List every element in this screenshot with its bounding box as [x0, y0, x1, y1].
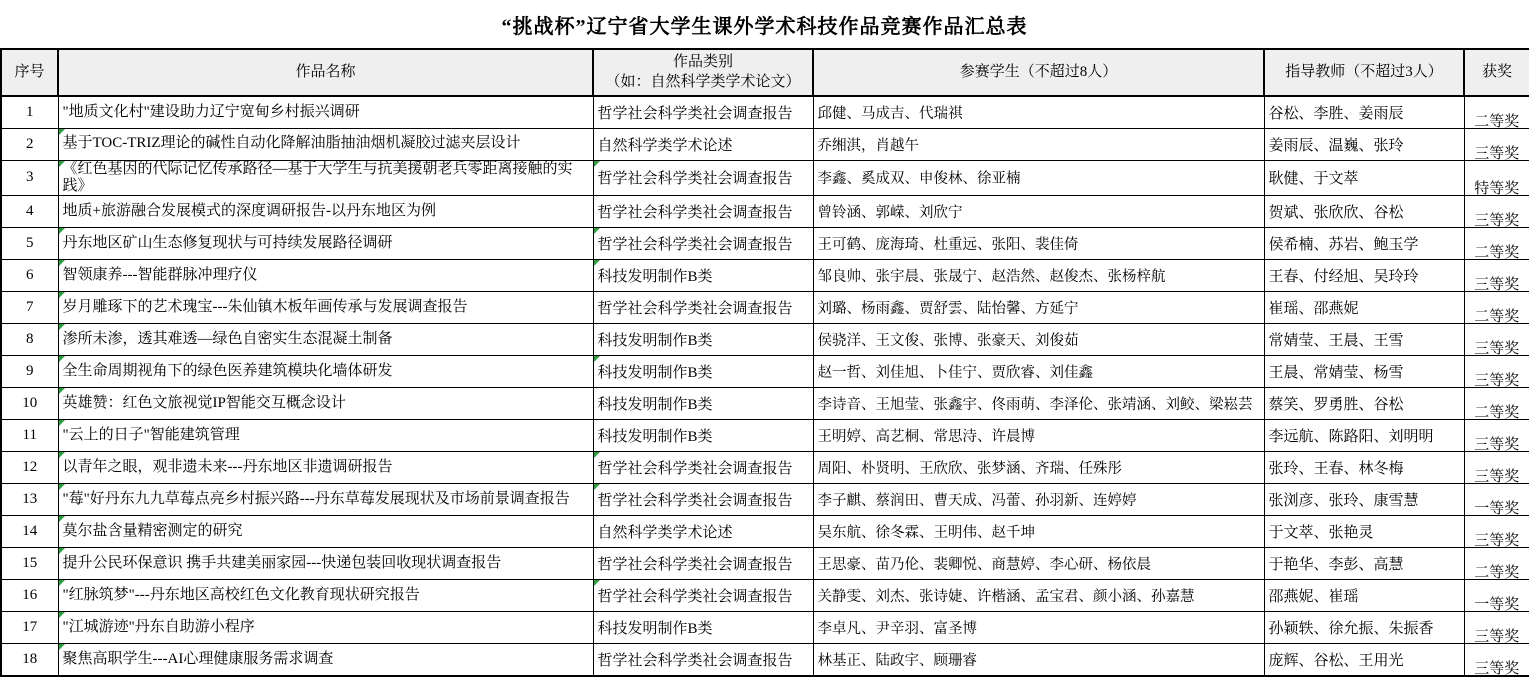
cell-category-text: 哲学社会科学类社会调查报告 [598, 493, 793, 509]
cell-teachers-text: 谷松、李胜、姜雨辰 [1269, 106, 1404, 122]
cell-teachers-text: 崔瑶、邵燕妮 [1269, 301, 1359, 317]
cell-index: 14 [1, 516, 58, 548]
cell-category-text: 哲学社会科学类社会调查报告 [598, 557, 793, 573]
cell-award: 二等奖 [1464, 292, 1529, 324]
cell-title-text: 丹东地区矿山生态修复现状与可持续发展路径调研 [63, 235, 393, 251]
green-flag-icon [59, 356, 65, 362]
cell-teachers: 常婧莹、王晨、王雪 [1264, 324, 1464, 356]
cell-category-text: 科技发明制作B类 [598, 269, 713, 285]
green-flag-icon [59, 260, 65, 266]
cell-index: 13 [1, 484, 58, 516]
cell-students-text: 李子麒、蔡润田、曹天成、冯蕾、孙羽新、连婷婷 [818, 493, 1137, 509]
cell-students: 李卓凡、尹辛羽、富圣博 [813, 612, 1264, 644]
cell-teachers-text: 王春、付经旭、吴玲玲 [1269, 269, 1419, 285]
cell-award: 二等奖 [1464, 548, 1529, 580]
green-flag-icon [594, 161, 600, 167]
cell-category-text: 自然科学类学术论述 [598, 525, 733, 541]
green-flag-icon [59, 388, 65, 394]
cell-teachers-text: 于文萃、张艳灵 [1269, 525, 1374, 541]
cell-index: 2 [1, 128, 58, 160]
cell-teachers-text: 邵燕妮、崔瑶 [1269, 589, 1359, 605]
cell-category: 哲学社会科学类社会调查报告 [593, 196, 813, 228]
cell-title-text: 渗所未渗，透其难透—绿色自密实生态混凝土制备 [63, 331, 393, 347]
table-row: 8渗所未渗，透其难透—绿色自密实生态混凝土制备科技发明制作B类侯骁洋、王文俊、张… [1, 324, 1529, 356]
cell-title: 岁月雕琢下的艺术瑰宝---朱仙镇木板年画传承与发展调查报告 [58, 292, 593, 324]
cell-index-text: 7 [26, 299, 34, 315]
cell-index: 8 [1, 324, 58, 356]
header-index: 序号 [1, 49, 58, 96]
cell-category: 科技发明制作B类 [593, 260, 813, 292]
cell-award: 一等奖 [1464, 580, 1529, 612]
cell-students: 王明婷、高艺桐、常思洔、许晨博 [813, 420, 1264, 452]
cell-index: 16 [1, 580, 58, 612]
cell-students: 曾铃涵、郭嵘、刘欣宁 [813, 196, 1264, 228]
cell-category-text: 哲学社会科学类社会调查报告 [598, 589, 793, 605]
cell-teachers: 李远航、陈路阳、刘明明 [1264, 420, 1464, 452]
cell-students-text: 曾铃涵、郭嵘、刘欣宁 [818, 205, 963, 221]
cell-students: 刘璐、杨雨鑫、贾舒雲、陆怡馨、方延宁 [813, 292, 1264, 324]
cell-title: 基于TOC-TRIZ理论的碱性自动化降解油脂抽油烟机凝胶过滤夹层设计 [58, 128, 593, 160]
cell-category: 哲学社会科学类社会调查报告 [593, 548, 813, 580]
table-row: 12以青年之眼，观非遗未来---丹东地区非遗调研报告哲学社会科学类社会调查报告周… [1, 452, 1529, 484]
cell-students: 邹良帅、张宇晨、张晟宁、赵浩然、赵俊杰、张杨梓航 [813, 260, 1264, 292]
table-row: 3《红色基因的代际记忆传承路径—基于大学生与抗美援朝老兵零距离接触的实践》哲学社… [1, 160, 1529, 196]
cell-index-text: 6 [26, 267, 34, 283]
cell-teachers: 王晨、常婧莹、杨雪 [1264, 356, 1464, 388]
cell-students-text: 林基正、陆政宇、顾珊睿 [818, 653, 978, 669]
cell-award: 一等奖 [1464, 484, 1529, 516]
cell-award: 三等奖 [1464, 260, 1529, 292]
cell-title: "莓"好丹东九九草莓点亮乡村振兴路---丹东草莓发展现状及市场前景调查报告 [58, 484, 593, 516]
header-category-line2: （如：自然科学类学术论文） [596, 73, 810, 93]
cell-award: 三等奖 [1464, 644, 1529, 676]
cell-index: 6 [1, 260, 58, 292]
table-row: 2基于TOC-TRIZ理论的碱性自动化降解油脂抽油烟机凝胶过滤夹层设计自然科学类… [1, 128, 1529, 160]
table-row: 9全生命周期视角下的绿色医养建筑模块化墙体研发科技发明制作B类赵一哲、刘佳旭、卜… [1, 356, 1529, 388]
green-flag-icon [59, 612, 65, 618]
cell-teachers-text: 耿健、于文萃 [1269, 171, 1359, 187]
cell-index: 11 [1, 420, 58, 452]
cell-category-text: 科技发明制作B类 [598, 621, 713, 637]
green-flag-icon [59, 548, 65, 554]
cell-teachers-text: 贺斌、张欣欣、谷松 [1269, 205, 1404, 221]
table-row: 15提升公民环保意识 携手共建美丽家园---快递包装回收现状调查报告哲学社会科学… [1, 548, 1529, 580]
cell-students-text: 周阳、朴贤明、王欣欣、张梦涵、齐瑞、任殊彤 [818, 461, 1123, 477]
cell-index-text: 13 [22, 491, 37, 507]
cell-students: 李诗音、王旭莹、张鑫宇、佟雨萌、李泽伦、张靖涵、刘鲛、梁崧芸 [813, 388, 1264, 420]
green-flag-icon [59, 292, 65, 298]
cell-index: 4 [1, 196, 58, 228]
cell-students-text: 李诗音、王旭莹、张鑫宇、佟雨萌、李泽伦、张靖涵、刘鲛、梁崧芸 [818, 397, 1253, 413]
cell-category: 哲学社会科学类社会调查报告 [593, 644, 813, 676]
cell-teachers-text: 张玲、王春、林冬梅 [1269, 461, 1404, 477]
cell-category-text: 科技发明制作B类 [598, 397, 713, 413]
cell-index: 5 [1, 228, 58, 260]
cell-title: 智领康养---智能群脉冲理疗仪 [58, 260, 593, 292]
cell-category: 哲学社会科学类社会调查报告 [593, 228, 813, 260]
green-flag-icon [594, 452, 600, 458]
cell-title-text: 智领康养---智能群脉冲理疗仪 [63, 267, 258, 283]
header-students: 参赛学生（不超过8人） [813, 49, 1264, 96]
green-flag-icon [594, 484, 600, 490]
cell-category: 科技发明制作B类 [593, 420, 813, 452]
header-name: 作品名称 [58, 49, 593, 96]
cell-index-text: 14 [22, 523, 37, 539]
cell-students: 周阳、朴贤明、王欣欣、张梦涵、齐瑞、任殊彤 [813, 452, 1264, 484]
cell-title: "红脉筑梦"---丹东地区高校红色文化教育现状研究报告 [58, 580, 593, 612]
cell-title: 以青年之眼，观非遗未来---丹东地区非遗调研报告 [58, 452, 593, 484]
cell-index: 12 [1, 452, 58, 484]
cell-award: 三等奖 [1464, 128, 1529, 160]
cell-index-text: 4 [26, 203, 34, 219]
cell-category: 自然科学类学术论述 [593, 516, 813, 548]
cell-title: 丹东地区矿山生态修复现状与可持续发展路径调研 [58, 228, 593, 260]
cell-award: 三等奖 [1464, 420, 1529, 452]
cell-category: 科技发明制作B类 [593, 324, 813, 356]
cell-category: 哲学社会科学类社会调查报告 [593, 484, 813, 516]
cell-teachers: 耿健、于文萃 [1264, 160, 1464, 196]
cell-index-text: 1 [26, 104, 34, 120]
cell-students: 王可鹤、庞海琦、杜重远、张阳、裴佳倚 [813, 228, 1264, 260]
cell-teachers-text: 张浏彦、张玲、康雪慧 [1269, 493, 1419, 509]
cell-teachers: 庞辉、谷松、王用光 [1264, 644, 1464, 676]
cell-title-text: 莫尔盐含量精密测定的研究 [63, 523, 243, 539]
cell-teachers: 王春、付经旭、吴玲玲 [1264, 260, 1464, 292]
cell-index-text: 10 [22, 395, 37, 411]
cell-category-text: 哲学社会科学类社会调查报告 [598, 653, 793, 669]
cell-students: 赵一哲、刘佳旭、卜佳宁、贾欣睿、刘佳鑫 [813, 356, 1264, 388]
cell-students-text: 侯骁洋、王文俊、张博、张豪天、刘俊茹 [818, 333, 1079, 349]
cell-title-text: 岁月雕琢下的艺术瑰宝---朱仙镇木板年画传承与发展调查报告 [63, 299, 468, 315]
cell-category: 科技发明制作B类 [593, 356, 813, 388]
cell-title: 莫尔盐含量精密测定的研究 [58, 516, 593, 548]
header-category: 作品类别 （如：自然科学类学术论文） [593, 49, 813, 96]
cell-category: 哲学社会科学类社会调查报告 [593, 580, 813, 612]
cell-category-text: 科技发明制作B类 [598, 365, 713, 381]
green-flag-icon [594, 580, 600, 586]
cell-title-text: 提升公民环保意识 携手共建美丽家园---快递包装回收现状调查报告 [63, 555, 502, 571]
green-flag-icon [59, 516, 65, 522]
cell-award: 二等奖 [1464, 228, 1529, 260]
cell-index: 18 [1, 644, 58, 676]
cell-award: 三等奖 [1464, 516, 1529, 548]
cell-index-text: 12 [22, 459, 37, 475]
cell-teachers: 侯希楠、苏岩、鲍玉学 [1264, 228, 1464, 260]
cell-students-text: 王思豪、苗乃伦、裴卿悦、商慧婷、李心研、杨依晨 [818, 557, 1152, 573]
cell-category-text: 哲学社会科学类社会调查报告 [598, 301, 793, 317]
cell-title-text: 基于TOC-TRIZ理论的碱性自动化降解油脂抽油烟机凝胶过滤夹层设计 [63, 135, 521, 151]
header-category-line1: 作品类别 [673, 54, 733, 70]
cell-students-text: 赵一哲、刘佳旭、卜佳宁、贾欣睿、刘佳鑫 [818, 365, 1094, 381]
green-flag-icon [594, 356, 600, 362]
cell-teachers-text: 李远航、陈路阳、刘明明 [1269, 429, 1434, 445]
cell-category-text: 科技发明制作B类 [598, 429, 713, 445]
cell-index: 9 [1, 356, 58, 388]
cell-students: 林基正、陆政宇、顾珊睿 [813, 644, 1264, 676]
cell-students-text: 王明婷、高艺桐、常思洔、许晨博 [818, 429, 1036, 445]
cell-teachers-text: 蔡笑、罗勇胜、谷松 [1269, 397, 1404, 413]
cell-title-text: 以青年之眼，观非遗未来---丹东地区非遗调研报告 [63, 459, 393, 475]
cell-award: 三等奖 [1464, 324, 1529, 356]
cell-title: 渗所未渗，透其难透—绿色自密实生态混凝土制备 [58, 324, 593, 356]
cell-title: "地质文化村"建设助力辽宁宽甸乡村振兴调研 [58, 96, 593, 128]
green-flag-icon [59, 420, 65, 426]
cell-category: 哲学社会科学类社会调查报告 [593, 292, 813, 324]
cell-teachers: 张浏彦、张玲、康雪慧 [1264, 484, 1464, 516]
cell-students-text: 乔缃淇，肖越午 [818, 138, 920, 154]
table-row: 18聚焦高职学生---AI心理健康服务需求调查哲学社会科学类社会调查报告林基正、… [1, 644, 1529, 676]
table-row: 7岁月雕琢下的艺术瑰宝---朱仙镇木板年画传承与发展调查报告哲学社会科学类社会调… [1, 292, 1529, 324]
header-award: 获奖 [1464, 49, 1529, 96]
cell-index-text: 5 [26, 235, 34, 251]
header-row: 序号 作品名称 作品类别 （如：自然科学类学术论文） 参赛学生（不超过8人） 指… [1, 49, 1529, 96]
cell-award-text: 三等奖 [1465, 662, 1529, 677]
cell-teachers: 孙颖轶、徐允振、朱振香 [1264, 612, 1464, 644]
table-row: 14莫尔盐含量精密测定的研究自然科学类学术论述吴东航、徐冬霖、王明伟、赵千坤于文… [1, 516, 1529, 548]
cell-title: 提升公民环保意识 携手共建美丽家园---快递包装回收现状调查报告 [58, 548, 593, 580]
table-row: 6智领康养---智能群脉冲理疗仪科技发明制作B类邹良帅、张宇晨、张晟宁、赵浩然、… [1, 260, 1529, 292]
cell-index-text: 9 [26, 363, 34, 379]
cell-teachers-text: 孙颖轶、徐允振、朱振香 [1269, 621, 1434, 637]
cell-award: 特等奖 [1464, 160, 1529, 196]
cell-award: 三等奖 [1464, 612, 1529, 644]
cell-title-text: 英雄赞：红色文旅视觉IP智能交互概念设计 [63, 395, 346, 411]
cell-students-text: 吴东航、徐冬霖、王明伟、赵千坤 [818, 525, 1036, 541]
cell-award: 三等奖 [1464, 356, 1529, 388]
green-flag-icon [59, 484, 65, 490]
cell-students: 邱健、马成吉、代瑞祺 [813, 96, 1264, 128]
cell-category: 自然科学类学术论述 [593, 128, 813, 160]
cell-category: 哲学社会科学类社会调查报告 [593, 160, 813, 196]
green-flag-icon [59, 324, 65, 330]
green-flag-icon [59, 452, 65, 458]
cell-teachers-text: 姜雨辰、温巍、张玲 [1269, 138, 1404, 154]
cell-title: 地质+旅游融合发展模式的深度调研报告-以丹东地区为例 [58, 196, 593, 228]
cell-students: 李鑫、奚成双、申俊林、徐亚楠 [813, 160, 1264, 196]
cell-category: 哲学社会科学类社会调查报告 [593, 452, 813, 484]
cell-teachers: 邵燕妮、崔瑶 [1264, 580, 1464, 612]
cell-index-text: 3 [26, 169, 34, 185]
cell-category-text: 自然科学类学术论述 [598, 138, 733, 154]
cell-category: 哲学社会科学类社会调查报告 [593, 96, 813, 128]
cell-title-text: "莓"好丹东九九草莓点亮乡村振兴路---丹东草莓发展现状及市场前景调查报告 [63, 491, 570, 507]
cell-index: 10 [1, 388, 58, 420]
cell-teachers: 贺斌、张欣欣、谷松 [1264, 196, 1464, 228]
cell-title-text: 聚焦高职学生---AI心理健康服务需求调查 [63, 651, 334, 667]
table-row: 13"莓"好丹东九九草莓点亮乡村振兴路---丹东草莓发展现状及市场前景调查报告哲… [1, 484, 1529, 516]
page-title: “挑战杯”辽宁省大学生课外学术科技作品竞赛作品汇总表 [0, 0, 1529, 48]
cell-category-text: 哲学社会科学类社会调查报告 [598, 461, 793, 477]
cell-category-text: 哲学社会科学类社会调查报告 [598, 237, 793, 253]
cell-teachers: 张玲、王春、林冬梅 [1264, 452, 1464, 484]
cell-title: "云上的日子"智能建筑管理 [58, 420, 593, 452]
cell-index-text: 8 [26, 331, 34, 347]
cell-index: 1 [1, 96, 58, 128]
cell-category-text: 哲学社会科学类社会调查报告 [598, 106, 793, 122]
cell-teachers: 蔡笑、罗勇胜、谷松 [1264, 388, 1464, 420]
cell-award: 三等奖 [1464, 196, 1529, 228]
cell-students: 关静雯、刘杰、张诗婕、许楷涵、孟宝君、颜小涵、孙嘉慧 [813, 580, 1264, 612]
green-flag-icon [59, 161, 65, 167]
cell-index-text: 16 [22, 587, 37, 603]
cell-teachers-text: 侯希楠、苏岩、鲍玉学 [1269, 237, 1419, 253]
green-flag-icon [59, 129, 65, 135]
cell-students: 王思豪、苗乃伦、裴卿悦、商慧婷、李心研、杨依晨 [813, 548, 1264, 580]
table-row: 10英雄赞：红色文旅视觉IP智能交互概念设计科技发明制作B类李诗音、王旭莹、张鑫… [1, 388, 1529, 420]
summary-table: 序号 作品名称 作品类别 （如：自然科学类学术论文） 参赛学生（不超过8人） 指… [0, 48, 1529, 677]
cell-index-text: 2 [26, 136, 34, 152]
cell-title-text: "地质文化村"建设助力辽宁宽甸乡村振兴调研 [63, 104, 360, 120]
cell-students-text: 刘璐、杨雨鑫、贾舒雲、陆怡馨、方延宁 [818, 301, 1079, 317]
table-body: 1"地质文化村"建设助力辽宁宽甸乡村振兴调研哲学社会科学类社会调查报告邱健、马成… [1, 96, 1529, 676]
cell-teachers-text: 常婧莹、王晨、王雪 [1269, 333, 1404, 349]
table-row: 16"红脉筑梦"---丹东地区高校红色文化教育现状研究报告哲学社会科学类社会调查… [1, 580, 1529, 612]
cell-title: 全生命周期视角下的绿色医养建筑模块化墙体研发 [58, 356, 593, 388]
green-flag-icon [594, 228, 600, 234]
cell-index-text: 11 [23, 427, 37, 443]
cell-award: 三等奖 [1464, 452, 1529, 484]
green-flag-icon [59, 228, 65, 234]
cell-students-text: 邱健、马成吉、代瑞祺 [818, 106, 963, 122]
cell-students-text: 关静雯、刘杰、张诗婕、许楷涵、孟宝君、颜小涵、孙嘉慧 [818, 589, 1195, 605]
cell-students-text: 李鑫、奚成双、申俊林、徐亚楠 [818, 171, 1021, 187]
cell-title-text: "红脉筑梦"---丹东地区高校红色文化教育现状研究报告 [63, 587, 420, 603]
cell-category: 科技发明制作B类 [593, 388, 813, 420]
cell-title-text: 全生命周期视角下的绿色医养建筑模块化墙体研发 [63, 363, 393, 379]
cell-title-text: 《红色基因的代际记忆传承路径—基于大学生与抗美援朝老兵零距离接触的实践》 [63, 161, 573, 194]
cell-students-text: 邹良帅、张宇晨、张晟宁、赵浩然、赵俊杰、张杨梓航 [818, 269, 1166, 285]
cell-category: 科技发明制作B类 [593, 612, 813, 644]
table-row: 5丹东地区矿山生态修复现状与可持续发展路径调研哲学社会科学类社会调查报告王可鹤、… [1, 228, 1529, 260]
cell-award: 二等奖 [1464, 388, 1529, 420]
cell-students-text: 李卓凡、尹辛羽、富圣博 [818, 621, 978, 637]
cell-index-text: 18 [22, 651, 37, 667]
cell-index: 7 [1, 292, 58, 324]
cell-title: "江城游迹"丹东自助游小程序 [58, 612, 593, 644]
cell-category-text: 哲学社会科学类社会调查报告 [598, 205, 793, 221]
cell-index-text: 17 [22, 619, 37, 635]
cell-title-text: "江城游迹"丹东自助游小程序 [63, 619, 255, 635]
cell-category-text: 科技发明制作B类 [598, 333, 713, 349]
cell-students: 乔缃淇，肖越午 [813, 128, 1264, 160]
green-flag-icon [594, 260, 600, 266]
cell-students-text: 王可鹤、庞海琦、杜重远、张阳、裴佳倚 [818, 237, 1079, 253]
cell-teachers: 姜雨辰、温巍、张玲 [1264, 128, 1464, 160]
cell-index: 15 [1, 548, 58, 580]
cell-teachers: 谷松、李胜、姜雨辰 [1264, 96, 1464, 128]
cell-category-text: 哲学社会科学类社会调查报告 [598, 171, 793, 187]
cell-students: 侯骁洋、王文俊、张博、张豪天、刘俊茹 [813, 324, 1264, 356]
cell-index: 3 [1, 160, 58, 196]
cell-title: 聚焦高职学生---AI心理健康服务需求调查 [58, 644, 593, 676]
cell-index-text: 15 [22, 555, 37, 571]
green-flag-icon [59, 644, 65, 650]
cell-teachers-text: 于艳华、李彭、高慧 [1269, 557, 1404, 573]
cell-award: 二等奖 [1464, 96, 1529, 128]
cell-index: 17 [1, 612, 58, 644]
header-teachers: 指导教师（不超过3人） [1264, 49, 1464, 96]
table-row: 17"江城游迹"丹东自助游小程序科技发明制作B类李卓凡、尹辛羽、富圣博孙颖轶、徐… [1, 612, 1529, 644]
table-row: 11"云上的日子"智能建筑管理科技发明制作B类王明婷、高艺桐、常思洔、许晨博李远… [1, 420, 1529, 452]
cell-teachers-text: 庞辉、谷松、王用光 [1269, 653, 1404, 669]
cell-teachers: 于文萃、张艳灵 [1264, 516, 1464, 548]
cell-students: 李子麒、蔡润田、曹天成、冯蕾、孙羽新、连婷婷 [813, 484, 1264, 516]
table-row: 1"地质文化村"建设助力辽宁宽甸乡村振兴调研哲学社会科学类社会调查报告邱健、马成… [1, 96, 1529, 128]
cell-title-text: 地质+旅游融合发展模式的深度调研报告-以丹东地区为例 [63, 203, 436, 219]
green-flag-icon [59, 580, 65, 586]
cell-teachers: 于艳华、李彭、高慧 [1264, 548, 1464, 580]
cell-teachers-text: 王晨、常婧莹、杨雪 [1269, 365, 1404, 381]
cell-title: 《红色基因的代际记忆传承路径—基于大学生与抗美援朝老兵零距离接触的实践》 [58, 160, 593, 196]
cell-teachers: 崔瑶、邵燕妮 [1264, 292, 1464, 324]
table-row: 4地质+旅游融合发展模式的深度调研报告-以丹东地区为例哲学社会科学类社会调查报告… [1, 196, 1529, 228]
cell-students: 吴东航、徐冬霖、王明伟、赵千坤 [813, 516, 1264, 548]
cell-title: 英雄赞：红色文旅视觉IP智能交互概念设计 [58, 388, 593, 420]
cell-title-text: "云上的日子"智能建筑管理 [63, 427, 240, 443]
